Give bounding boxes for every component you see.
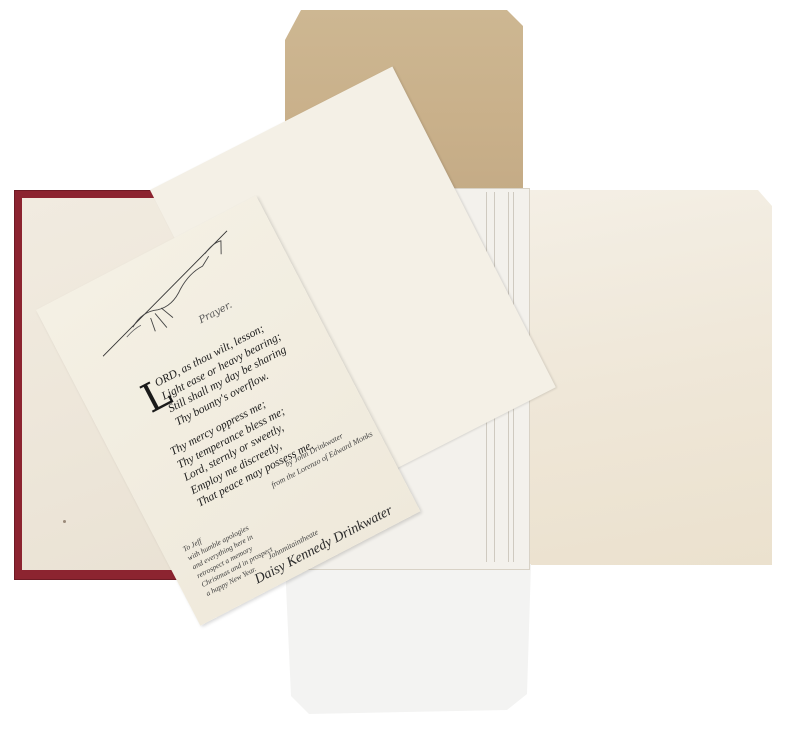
paper-blemish [63,520,66,523]
bottom-flap [285,564,531,714]
right-flap [520,190,774,565]
